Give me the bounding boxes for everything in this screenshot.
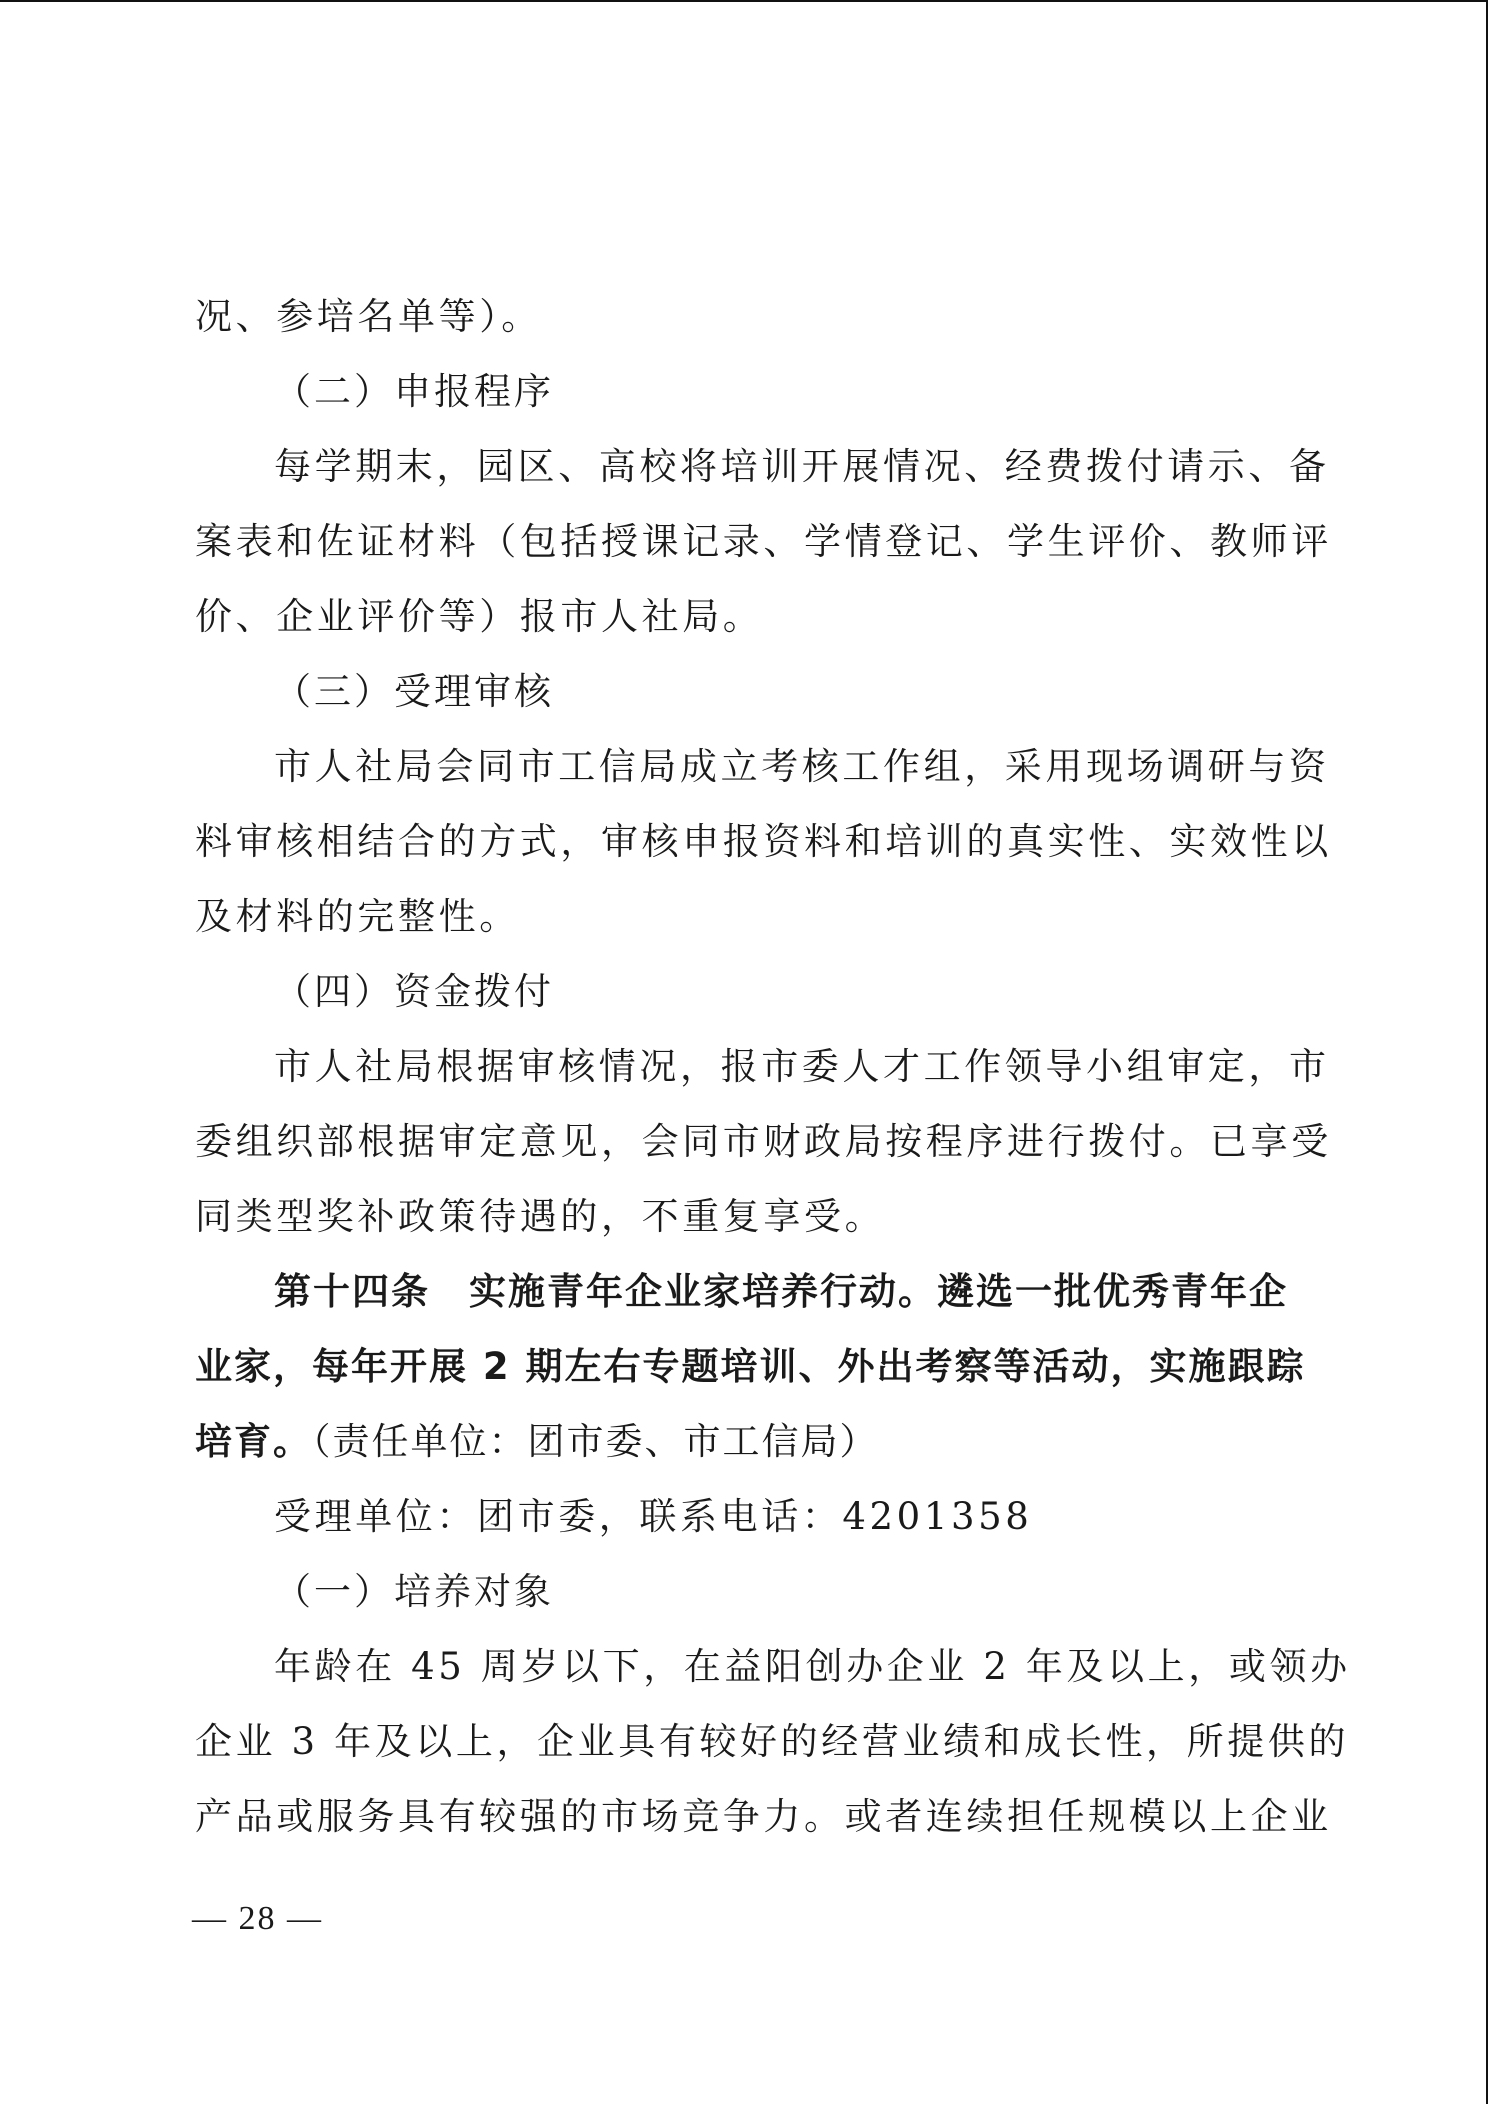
body-line: 价、企业评价等）报市人社局。 bbox=[195, 580, 763, 654]
body-line: 市人社局根据审核情况，报市委人才工作领导小组审定，市 bbox=[274, 1030, 1330, 1104]
responsible-units: （责任单位：团市委、市工信局） bbox=[312, 1420, 879, 1463]
article-14-body: 业家，每年开展 2 期左右专题培训、外出考察等活动，实施跟踪 bbox=[195, 1330, 1306, 1404]
section-heading-one: （一）培养对象 bbox=[274, 1555, 554, 1629]
body-line: 产品或服务具有较强的市场竞争力。或者连续担任规模以上企业 bbox=[195, 1780, 1332, 1854]
page-border-top bbox=[0, 0, 1488, 2]
body-line: 况、参培名单等）。 bbox=[195, 280, 542, 354]
body-line: 企业 3 年及以上，企业具有较好的经营业绩和成长性，所提供的 bbox=[195, 1705, 1349, 1779]
page-number: — 28 — bbox=[192, 1900, 323, 1938]
article-14-title: 第十四条 实施青年企业家培养行动。遴选一批优秀青年企 bbox=[274, 1255, 1288, 1329]
section-heading-three: （三）受理审核 bbox=[274, 655, 554, 729]
body-line: 案表和佐证材料（包括授课记录、学情登记、学生评价、教师评 bbox=[195, 505, 1332, 579]
section-heading-two: （二）申报程序 bbox=[274, 355, 554, 429]
body-line: 及材料的完整性。 bbox=[195, 880, 520, 954]
body-line: 每学期末，园区、高校将培训开展情况、经费拨付请示、备 bbox=[274, 430, 1330, 504]
section-heading-four: （四）资金拨付 bbox=[274, 955, 554, 1029]
article-14-bold-end: 培育。 bbox=[195, 1420, 312, 1463]
body-line: 同类型奖补政策待遇的，不重复享受。 bbox=[195, 1180, 885, 1254]
body-line: 市人社局会同市工信局成立考核工作组，采用现场调研与资 bbox=[274, 730, 1330, 804]
body-line: 委组织部根据审定意见，会同市财政局按程序进行拨付。已享受 bbox=[195, 1105, 1332, 1179]
body-line: 料审核相结合的方式，审核申报资料和培训的真实性、实效性以 bbox=[195, 805, 1332, 879]
body-line: 年龄在 45 周岁以下，在益阳创办企业 2 年及以上，或领办 bbox=[274, 1630, 1351, 1704]
article-14-body-end: 培育。（责任单位：团市委、市工信局） bbox=[195, 1405, 879, 1479]
contact-info: 受理单位：团市委，联系电话：4201358 bbox=[274, 1480, 1032, 1554]
